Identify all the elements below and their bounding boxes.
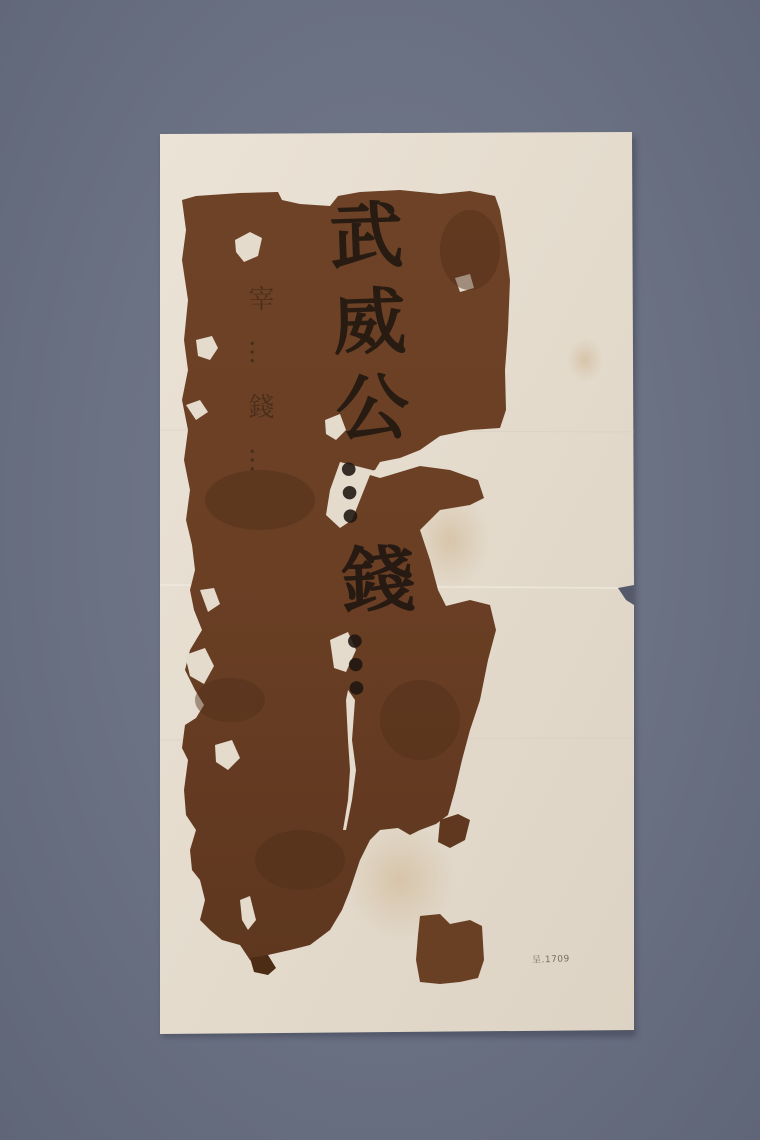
photo-scene: 武威公…錢… 宰…錢… 呈.1709: [0, 0, 760, 1140]
side-ink-column: 宰…錢…: [246, 285, 272, 501]
inventory-number-label: 呈.1709: [532, 951, 570, 965]
manuscript-fragment-bottom: [416, 914, 484, 984]
main-ink-column: 武威公…錢…: [322, 197, 414, 715]
